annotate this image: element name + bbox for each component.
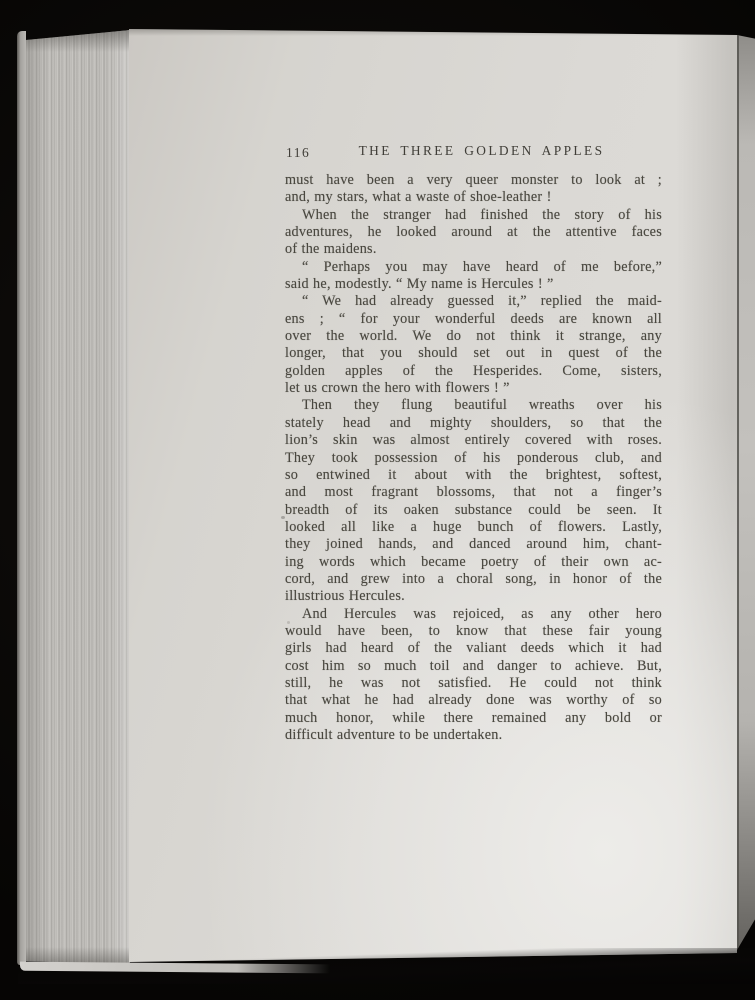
text-line: difficult adventure to be undertaken. — [285, 727, 662, 744]
text-line: much honor, while there remained any bol… — [285, 710, 662, 727]
text-line: cord, and grew into a choral song, in ho… — [285, 571, 662, 588]
text-line: that what he had already done was worthy… — [285, 692, 662, 709]
text-line: ens ; “ for your wonderful deeds are kno… — [285, 311, 662, 328]
stacked-page-edges-left — [26, 30, 130, 965]
paragraph: When the stranger had finished the story… — [285, 207, 662, 259]
text-line: must have been a very queer monster to l… — [285, 172, 662, 189]
text-line: “ We had already guessed it,” replied th… — [285, 293, 662, 310]
text-line: so entwined it about with the brightest,… — [285, 467, 662, 484]
text-line: over the world. We do not think it stran… — [285, 328, 662, 345]
paragraph: must have been a very queer monster to l… — [285, 172, 662, 207]
paragraph: “ We had already guessed it,” replied th… — [285, 293, 662, 397]
text-line: girls had heard of the valiant deeds whi… — [285, 640, 662, 657]
text-line: When the stranger had finished the story… — [285, 207, 662, 224]
text-line: would have been, to know that these fair… — [285, 623, 662, 640]
book-cover-spine-edge — [17, 31, 26, 965]
text-line: lion’s skin was almost entirely covered … — [285, 432, 662, 449]
paragraph: Then they flung beautiful wreaths over h… — [285, 397, 662, 605]
text-line: they joined hands, and danced around him… — [285, 536, 662, 553]
text-line: still, he was not satisfied. He could no… — [285, 675, 662, 692]
text-line: ing words which became poetry of their o… — [285, 554, 662, 571]
facing-page-edge-right — [737, 35, 755, 950]
paragraph: “ Perhaps you may have heard of me befor… — [285, 259, 662, 294]
text-line: longer, that you should set out in quest… — [285, 345, 662, 362]
page-content: 116 THE THREE GOLDEN APPLES must have be… — [285, 143, 662, 744]
text-line: stately head and mighty shoulders, so th… — [285, 415, 662, 432]
text-line: adventures, he looked around at the atte… — [285, 224, 662, 241]
running-header: 116 THE THREE GOLDEN APPLES — [285, 143, 662, 160]
text-line: said he, modestly. “ My name is Hercules… — [285, 276, 662, 293]
text-line: and most fragrant blossoms, that not a f… — [285, 484, 662, 501]
text-line: of the maidens. — [285, 241, 662, 258]
body-text: must have been a very queer monster to l… — [285, 172, 662, 744]
text-line: cost him so much toil and danger to achi… — [285, 658, 662, 675]
text-line: breadth of its oaken substance could be … — [285, 502, 662, 519]
paragraph: And Hercules was rejoiced, as any other … — [285, 606, 662, 745]
text-line: They took possession of his ponderous cl… — [285, 450, 662, 467]
book-page: 116 THE THREE GOLDEN APPLES must have be… — [129, 29, 737, 962]
text-line: let us crown the hero with flowers ! ” — [285, 380, 662, 397]
text-line: looked all like a huge bunch of flowers.… — [285, 519, 662, 536]
book-photo-scene: 116 THE THREE GOLDEN APPLES must have be… — [0, 0, 755, 1000]
text-line: And Hercules was rejoiced, as any other … — [285, 606, 662, 623]
chapter-title: THE THREE GOLDEN APPLES — [293, 143, 670, 159]
text-line: golden apples of the Hesperides. Come, s… — [285, 363, 662, 380]
paper-speck — [287, 621, 290, 624]
paper-speck — [281, 516, 285, 519]
text-line: and, my stars, what a waste of shoe-leat… — [285, 189, 662, 206]
text-line: “ Perhaps you may have heard of me befor… — [285, 259, 662, 276]
text-line: illustrious Hercules. — [285, 588, 662, 605]
text-line: Then they flung beautiful wreaths over h… — [285, 397, 662, 414]
